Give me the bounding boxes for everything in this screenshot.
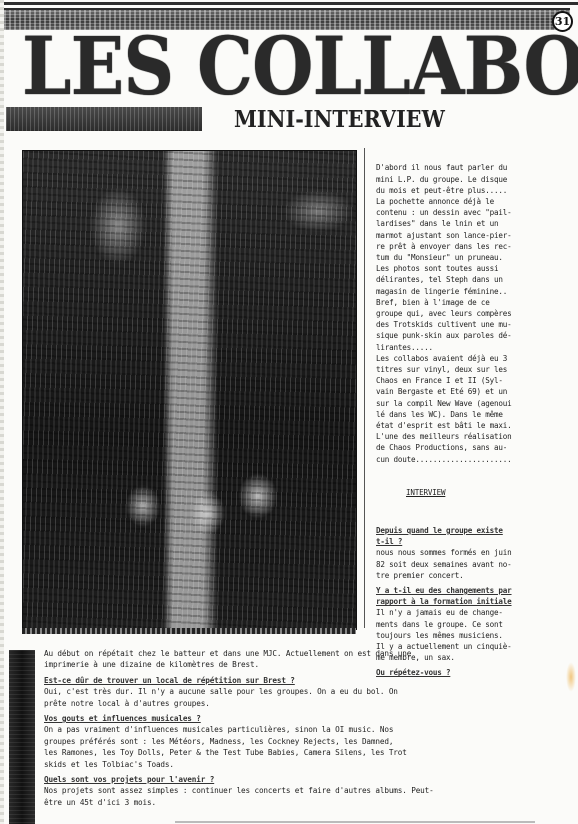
interview-question: Y a t-il eu des changements par [376, 585, 578, 596]
interview-answer: toujours les mêmes musiciens. [376, 630, 578, 641]
intro-line: Les collabos avaient déjà eu 3 [376, 353, 578, 364]
intro-line: groupe qui, avec leurs compères [376, 308, 578, 319]
photo-bottom-strip [22, 628, 356, 634]
interview-answer: On a pas vraiment d'influences musicales… [44, 724, 578, 735]
intro-line: lirantes..... [376, 342, 578, 353]
interview-answer: Nos projets sont assez simples : continu… [44, 785, 578, 796]
interview-question: Est-ce dûr de trouver un local de répéti… [44, 675, 578, 686]
interview-answer: Il n'y a jamais eu de change- [376, 607, 578, 618]
intro-line: de Chaos Productions, sans au- [376, 442, 578, 453]
interview-answer: prête notre local à d'autres groupes. [44, 698, 578, 709]
band-photo [22, 150, 357, 630]
interview-answer: ments dans le groupe. Ce sont [376, 619, 578, 630]
interview-answer: Au début on répétait chez le batteur et … [44, 648, 578, 659]
intro-line: La pochette annonce déjà le [376, 196, 578, 207]
intro-line: des Trotskids cultivent une mu- [376, 319, 578, 330]
headline-title: LES COLLABOS [22, 26, 515, 106]
interview-answer: les Ramones, les Toy Dolls, Peter & the … [44, 747, 578, 758]
top-rule [4, 2, 578, 5]
intro-line: titres sur vinyl, deux sur les [376, 364, 578, 375]
intro-line: vain Bergaste et Eté 69) et un [376, 386, 578, 397]
bottom-rule [175, 821, 535, 823]
bottom-left-bar [9, 650, 35, 824]
interview-answer: être un 45t d'ici 3 mois. [44, 797, 578, 808]
interview-answer: tre premier concert. [376, 570, 578, 581]
interview-answer: skids et les Tolbiac's Toads. [44, 759, 578, 770]
column-divider [364, 148, 365, 628]
intro-line: délirantes, tel Steph dans un [376, 274, 578, 285]
intro-line: sur la compil New Wave (agenoui [376, 398, 578, 409]
interview-question: Vos gouts et influences musicales ? [44, 713, 578, 724]
interview-question: rapport à la formation initiale [376, 596, 578, 607]
interview-question: t-il ? [376, 536, 578, 547]
page-left-edge [0, 0, 4, 824]
intro-paragraph: D'abord il nous faut parler dumini L.P. … [376, 162, 578, 464]
interview-answer: imprimerie à une dizaine de kilomètres d… [44, 659, 578, 670]
intro-line: cun doute...................... [376, 454, 578, 465]
intro-line: contenu : un dessin avec "pail- [376, 207, 578, 218]
intro-line: re prêt à envoyer dans les rec- [376, 241, 578, 252]
intro-line: du mois et peut-être plus..... [376, 185, 578, 196]
interview-answer: 82 soit deux semaines avant no- [376, 559, 578, 570]
interview-answer: Oui, c'est très dur. Il n'y a aucune sal… [44, 686, 578, 697]
intro-line: marmot ajustant son lance-pier- [376, 230, 578, 241]
intro-line: lardises" dans le lnin et un [376, 218, 578, 229]
intro-line: L'une des meilleurs réalisation [376, 431, 578, 442]
interview-label: INTERVIEW [376, 487, 578, 498]
intro-line: sique punk-skin aux paroles dé- [376, 330, 578, 341]
subtitle-bar [6, 107, 202, 131]
side-column: D'abord il nous faut parler dumini L.P. … [376, 140, 578, 690]
intro-line: Bref, bien à l'image de ce [376, 297, 578, 308]
intro-line: état d'esprit est bâti le maxi. [376, 420, 578, 431]
interview-question: Quels sont vos projets pour l'avenir ? [44, 774, 578, 785]
interview-question: Depuis quand le groupe existe [376, 525, 578, 536]
interview-answer: groupes préférés sont : les Météors, Mad… [44, 736, 578, 747]
intro-line: D'abord il nous faut parler du [376, 162, 578, 173]
intro-line: Les photos sont toutes aussi [376, 263, 578, 274]
intro-line: mini L.P. du groupe. Le disque [376, 174, 578, 185]
intro-line: magasin de lingerie féminine.. [376, 286, 578, 297]
bottom-interview: Au début on répétait chez le batteur et … [44, 648, 578, 808]
interview-answer: nous nous sommes formés en juin [376, 547, 578, 558]
subtitle: MINI-INTERVIEW [234, 106, 445, 134]
intro-line: lé dans les WC). Dans le même [376, 409, 578, 420]
intro-line: tum du "Monsieur" un pruneau. [376, 252, 578, 263]
intro-line: Chaos en France I et II (Syl- [376, 375, 578, 386]
page-smudge [566, 662, 576, 692]
